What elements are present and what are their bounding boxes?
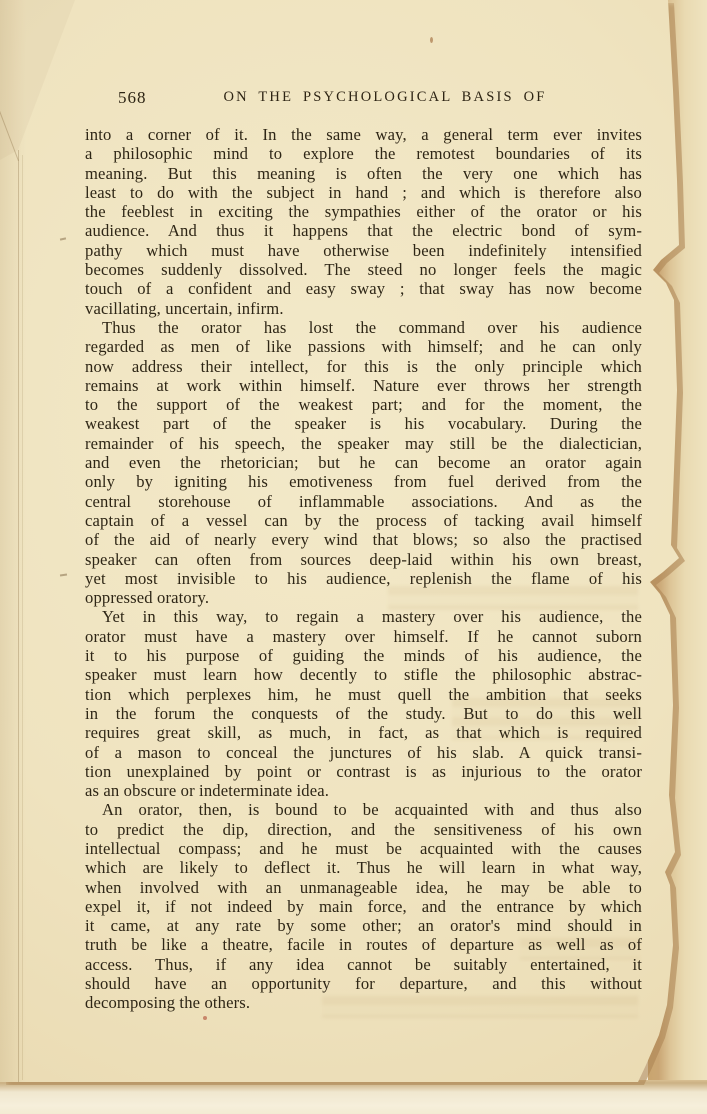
paragraph: An orator, then, is bound to be acquaint… bbox=[85, 800, 642, 1012]
text-line: of a mason to conceal the junctures of h… bbox=[85, 743, 642, 762]
text-line: which are likely to deflect it. Thus he … bbox=[85, 858, 642, 877]
text-line: meaning. But this meaning is often the v… bbox=[85, 164, 642, 183]
margin-mark bbox=[60, 237, 66, 240]
text-line: regarded as men of like passions with hi… bbox=[85, 337, 642, 356]
text-line: oppressed oratory. bbox=[85, 588, 642, 607]
text-line: least to do with the subject in hand ; a… bbox=[85, 183, 642, 202]
text-line: the feeblest in exciting the sympathies … bbox=[85, 202, 642, 221]
running-title: ON THE PSYCHOLOGICAL BASIS OF bbox=[85, 89, 641, 106]
paragraph: Thus the orator has lost the command ove… bbox=[85, 318, 642, 607]
fold-line bbox=[18, 150, 19, 1082]
text-line: Yet in this way, to regain a mastery ove… bbox=[85, 607, 642, 626]
paragraph: into a corner of it. In the same way, a … bbox=[85, 125, 642, 318]
text-line: central storehouse of inflammable associ… bbox=[85, 492, 642, 511]
text-line: it came, at any rate by some other; an o… bbox=[85, 916, 642, 935]
text-line: tion which perplexes him, he must quell … bbox=[85, 685, 642, 704]
text-line: in the forum the conquests of the study.… bbox=[85, 704, 642, 723]
text-line: vacillating, uncertain, infirm. bbox=[85, 299, 642, 318]
text-line: audience. And thus it happens that the e… bbox=[85, 221, 642, 240]
text-line: speaker can often from sources deep-laid… bbox=[85, 550, 642, 569]
text-line: when involved with an unmanageable idea,… bbox=[85, 878, 642, 897]
text-line: it to his purpose of guiding the minds o… bbox=[85, 646, 642, 665]
paragraph: Yet in this way, to regain a mastery ove… bbox=[85, 607, 642, 800]
text-line: intellectual compass; and he must be acq… bbox=[85, 839, 642, 858]
text-line: speaker must learn how decently to stifl… bbox=[85, 665, 642, 684]
page-header: 568 ON THE PSYCHOLOGICAL BASIS OF bbox=[85, 88, 641, 108]
text-line: decomposing the others. bbox=[85, 993, 642, 1012]
margin-mark bbox=[60, 574, 67, 577]
text-line: becomes suddenly dissolved. The steed no… bbox=[85, 260, 642, 279]
text-line: into a corner of it. In the same way, a … bbox=[85, 125, 642, 144]
next-page-edge bbox=[0, 1080, 707, 1114]
text-line: weakest part of the speaker is his vocab… bbox=[85, 414, 642, 433]
text-line: yet most invisible to his audience, repl… bbox=[85, 569, 642, 588]
text-line: requires great skill, as much, in fact, … bbox=[85, 723, 642, 742]
text-line: as an obscure or indeterminate idea. bbox=[85, 781, 642, 800]
text-line: should have an opportunity for departure… bbox=[85, 974, 642, 993]
text-block: into a corner of it. In the same way, a … bbox=[85, 125, 642, 1013]
text-line: touch of a confident and easy sway ; tha… bbox=[85, 279, 642, 298]
text-line: pathy which must have otherwise been ind… bbox=[85, 241, 642, 260]
book-page: 568 ON THE PSYCHOLOGICAL BASIS OF into a… bbox=[0, 0, 707, 1086]
text-line: to the support of the weakest part; and … bbox=[85, 395, 642, 414]
text-line: tion unexplained by point or contrast is… bbox=[85, 762, 642, 781]
text-line: a philosophic mind to explore the remote… bbox=[85, 144, 642, 163]
text-line: access. Thus, if any idea cannot be suit… bbox=[85, 955, 642, 974]
corner-fold-shade bbox=[0, 0, 80, 160]
text-line: only by igniting his emotiveness from fu… bbox=[85, 472, 642, 491]
text-line: expel it, if not indeed by main force, a… bbox=[85, 897, 642, 916]
text-line: and even the rhetorician; but he can bec… bbox=[85, 453, 642, 472]
fold-line bbox=[22, 155, 23, 1080]
ink-speck bbox=[430, 37, 433, 43]
text-line: remainder of his speech, the speaker may… bbox=[85, 434, 642, 453]
text-line: truth be like a theatre, facile in route… bbox=[85, 935, 642, 954]
text-line: captain of a vessel can by the process o… bbox=[85, 511, 642, 530]
text-line: now address their intellect, for this is… bbox=[85, 357, 642, 376]
text-line: An orator, then, is bound to be acquaint… bbox=[85, 800, 642, 819]
ink-speck bbox=[203, 1016, 207, 1020]
text-line: orator must have a mastery over himself.… bbox=[85, 627, 642, 646]
text-line: to predict the dip, direction, and the s… bbox=[85, 820, 642, 839]
text-line: of the aid of nearly every wind that blo… bbox=[85, 530, 642, 549]
text-line: Thus the orator has lost the command ove… bbox=[85, 318, 642, 337]
text-line: remains at work within himself. Nature e… bbox=[85, 376, 642, 395]
